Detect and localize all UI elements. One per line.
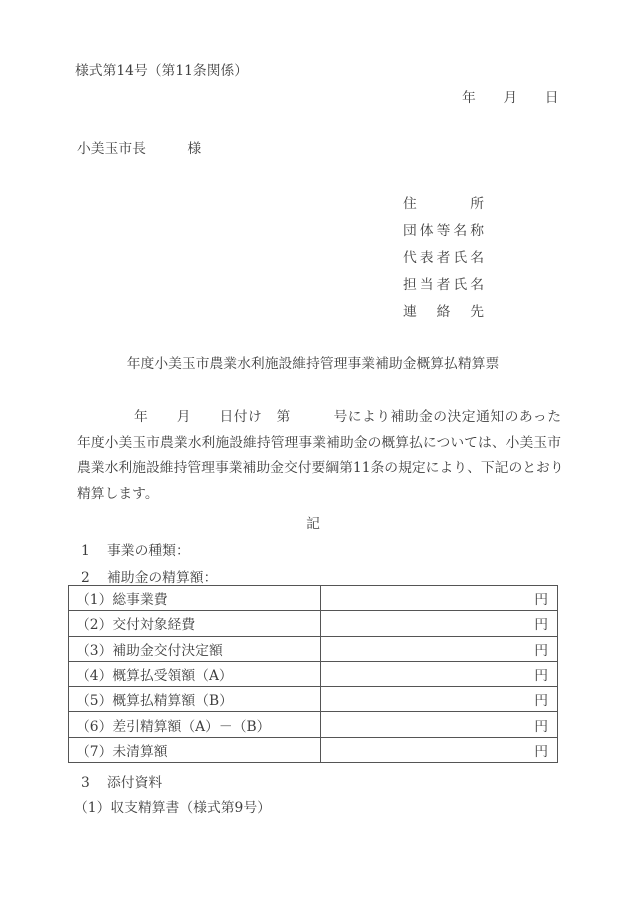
item-number: 2 xyxy=(81,570,107,586)
row-value-cell: 円 xyxy=(321,687,558,712)
body-paragraph: 年 月 日付け 第 号により補助金の決定通知のあった 年度小美玉市農業水利施設維… xyxy=(77,405,561,507)
item-settlement-amount: 2補助金の精算額： xyxy=(81,566,217,586)
item-business-type: 1事業の種類： xyxy=(81,539,190,559)
unit-label: 円 xyxy=(534,592,548,608)
unit-label: 円 xyxy=(534,617,548,633)
body-line: 年 月 日付け 第 号により補助金の決定通知のあった xyxy=(77,405,561,431)
item-attachments: 3添付資料 xyxy=(81,771,162,791)
form-number: 様式第14号（第11条関係） xyxy=(75,59,248,79)
body-line: 年度小美玉市農業水利施設維持管理事業補助金の概算払については、小美玉市 xyxy=(77,431,561,457)
body-line: 農業水利施設維持管理事業補助金交付要綱第11条の規定により、下記のとおり xyxy=(77,456,561,482)
row-label-cell: （5）概算払精算額（B） xyxy=(69,687,321,712)
row-label-cell: （4）概算払受領額（A） xyxy=(69,661,321,686)
row-value-cell: 円 xyxy=(321,636,558,661)
unit-label: 円 xyxy=(534,643,548,659)
settlement-table: （1）総事業費 円 （2）交付対象経費 円 （3）補助金交付決定額 円 （4）概… xyxy=(68,585,558,763)
addressee-line: 小美玉市長 様 xyxy=(77,137,201,157)
table-row: （5）概算払精算額（B） 円 xyxy=(69,687,558,712)
row-label-cell: （3）補助金交付決定額 xyxy=(69,636,321,661)
row-value-cell: 円 xyxy=(321,661,558,686)
item-label: 事業の種類： xyxy=(107,543,190,559)
table-row: （2）交付対象経費 円 xyxy=(69,611,558,636)
item-number: 3 xyxy=(81,775,107,791)
attachment-item: （1）収支精算書（様式第9号） xyxy=(74,796,271,816)
unit-label: 円 xyxy=(534,744,548,760)
sender-info-block: 住所 団体等名称 代表者氏名 担当者氏名 連絡先 xyxy=(403,191,484,326)
table-row: （4）概算払受領額（A） 円 xyxy=(69,661,558,686)
row-label-cell: （1）総事業費 xyxy=(69,586,321,611)
notation-header: 記 xyxy=(68,512,558,532)
body-line: 精算します。 xyxy=(77,482,561,508)
row-value-cell: 円 xyxy=(321,712,558,737)
table-row: （7）未清算額 円 xyxy=(69,737,558,762)
issue-date-line: 年 月 日 xyxy=(462,86,559,106)
row-label-cell: （2）交付対象経費 xyxy=(69,611,321,636)
table-row: （6）差引精算額（A）－（B） 円 xyxy=(69,712,558,737)
sender-field-contact-info: 連絡先 xyxy=(403,299,484,326)
table-row: （1）総事業費 円 xyxy=(69,586,558,611)
table-row: （3）補助金交付決定額 円 xyxy=(69,636,558,661)
sender-field-organization-name: 団体等名称 xyxy=(403,218,484,245)
document-page: 様式第14号（第11条関係） 年 月 日 小美玉市長 様 住所 団体等名称 代表… xyxy=(0,0,630,903)
sender-field-representative-name: 代表者氏名 xyxy=(403,245,484,272)
row-value-cell: 円 xyxy=(321,611,558,636)
row-label-cell: （7）未清算額 xyxy=(69,737,321,762)
unit-label: 円 xyxy=(534,719,548,735)
row-label-cell: （6）差引精算額（A）－（B） xyxy=(69,712,321,737)
sender-field-contact-person-name: 担当者氏名 xyxy=(403,272,484,299)
document-title: 年度小美玉市農業水利施設維持管理事業補助金概算払精算票 xyxy=(68,352,558,372)
row-value-cell: 円 xyxy=(321,586,558,611)
unit-label: 円 xyxy=(534,668,548,684)
item-number: 1 xyxy=(81,543,107,559)
item-label: 補助金の精算額： xyxy=(107,570,217,586)
item-label: 添付資料 xyxy=(107,775,162,791)
unit-label: 円 xyxy=(534,693,548,709)
row-value-cell: 円 xyxy=(321,737,558,762)
sender-field-address: 住所 xyxy=(403,191,484,218)
